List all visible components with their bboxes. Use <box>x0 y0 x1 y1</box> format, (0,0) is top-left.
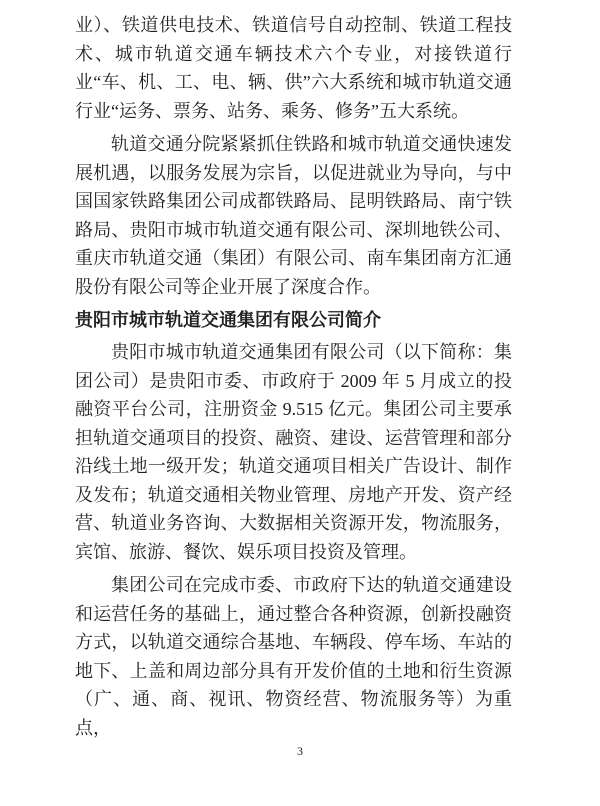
paragraph-branch-cooperation: 轨道交通分院紧紧抓住铁路和城市轨道交通快速发展机遇，以服务发展为宗旨，以促进就业… <box>75 130 512 301</box>
paragraph-majors-systems: 业）、铁道供电技术、铁道信号自动控制、铁道工程技术、城市轨道交通车辆技术六个专业… <box>75 11 512 125</box>
page-content: 业）、铁道供电技术、铁道信号自动控制、铁道工程技术、城市轨道交通车辆技术六个专业… <box>75 11 512 747</box>
paragraph-company-overview: 贵阳市城市轨道交通集团有限公司（以下简称：集团公司）是贵阳市委、市政府于 200… <box>75 338 512 566</box>
paragraph-company-resources: 集团公司在完成市委、市政府下达的轨道交通建设和运营任务的基础上，通过整合各种资源… <box>75 571 512 742</box>
document-page: 业）、铁道供电技术、铁道信号自动控制、铁道工程技术、城市轨道交通车辆技术六个专业… <box>0 0 600 806</box>
section-heading-company-intro: 贵阳市城市轨道交通集团有限公司简介 <box>75 306 512 335</box>
page-number: 3 <box>0 743 600 759</box>
